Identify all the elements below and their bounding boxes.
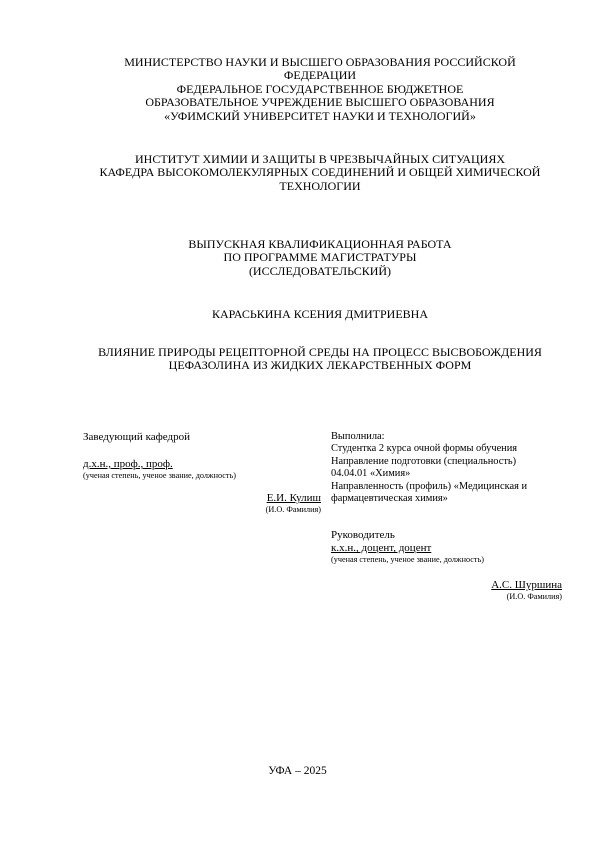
author-name: КАРАСЬКИНА КСЕНИЯ ДМИТРИЕВНА xyxy=(60,308,580,321)
supervisor-degree: к.х.н., доцент, доцент xyxy=(331,542,571,555)
institute-line: ТЕХНОЛОГИИ xyxy=(60,180,580,193)
performer-line: Направленность (профиль) «Медицинская и xyxy=(331,481,571,493)
head-of-department-name-note: (И.О. Фамилия) xyxy=(83,505,323,515)
work-type-line: (ИССЛЕДОВАТЕЛЬСКИЙ) xyxy=(60,265,580,278)
thesis-title: ВЛИЯНИЕ ПРИРОДЫ РЕЦЕПТОРНОЙ СРЕДЫ НА ПРО… xyxy=(60,346,580,373)
performer-label: Выполнила: xyxy=(331,431,571,443)
thesis-title-line: ВЛИЯНИЕ ПРИРОДЫ РЕЦЕПТОРНОЙ СРЕДЫ НА ПРО… xyxy=(60,346,580,359)
ministry-line: ОБРАЗОВАТЕЛЬНОЕ УЧРЕЖДЕНИЕ ВЫСШЕГО ОБРАЗ… xyxy=(60,96,580,109)
supervisor-label: Руководитель xyxy=(331,529,571,542)
supervisor-degree-note: (ученая степень, ученое звание, должност… xyxy=(331,555,571,565)
ministry-line: ФЕДЕРАЛЬНОЕ ГОСУДАРСТВЕННОЕ БЮДЖЕТНОЕ xyxy=(60,83,580,96)
institute-line: ИНСТИТУТ ХИМИИ И ЗАЩИТЫ В ЧРЕЗВЫЧАЙНЫХ С… xyxy=(60,153,580,166)
work-type: ВЫПУСКНАЯ КВАЛИФИКАЦИОННАЯ РАБОТА ПО ПРО… xyxy=(60,238,580,278)
ministry-line: ФЕДЕРАЦИИ xyxy=(60,69,580,82)
ministry-line: МИНИСТЕРСТВО НАУКИ И ВЫСШЕГО ОБРАЗОВАНИЯ… xyxy=(60,56,580,69)
ministry-header: МИНИСТЕРСТВО НАУКИ И ВЫСШЕГО ОБРАЗОВАНИЯ… xyxy=(60,56,580,123)
head-of-department-name: Е.И. Кулиш xyxy=(267,492,321,504)
head-of-department-label: Заведующий кафедрой xyxy=(83,431,323,444)
institute-header: ИНСТИТУТ ХИМИИ И ЗАЩИТЫ В ЧРЕЗВЫЧАЙНЫХ С… xyxy=(60,153,580,193)
document-page: МИНИСТЕРСТВО НАУКИ И ВЫСШЕГО ОБРАЗОВАНИЯ… xyxy=(0,0,595,841)
head-of-department-degree: д.х.н., проф., проф. xyxy=(83,458,323,471)
performer-block: Выполнила: Студентка 2 курса очной формы… xyxy=(331,431,571,602)
performer-line: Студентка 2 курса очной формы обучения xyxy=(331,443,571,455)
supervisor-name: А.С. Шуршина xyxy=(491,579,562,591)
performer-line: 04.04.01 «Химия» xyxy=(331,468,571,480)
author-name-text: КАРАСЬКИНА КСЕНИЯ ДМИТРИЕВНА xyxy=(60,308,580,321)
institute-line: КАФЕДРА ВЫСОКОМОЛЕКУЛЯРНЫХ СОЕДИНЕНИЙ И … xyxy=(60,166,580,179)
supervisor-name-note: (И.О. Фамилия) xyxy=(331,592,562,602)
city-year-footer: УФА – 2025 xyxy=(0,765,595,777)
head-of-department-block: Заведующий кафедрой д.х.н., проф., проф.… xyxy=(83,431,323,515)
performer-line: фармацевтическая химия» xyxy=(331,493,571,505)
thesis-title-line: ЦЕФАЗОЛИНА ИЗ ЖИДКИХ ЛЕКАРСТВЕННЫХ ФОРМ xyxy=(60,359,580,372)
work-type-line: ПО ПРОГРАММЕ МАГИСТРАТУРЫ xyxy=(60,251,580,264)
ministry-line: «УФИМСКИЙ УНИВЕРСИТЕТ НАУКИ И ТЕХНОЛОГИЙ… xyxy=(60,110,580,123)
performer-line: Направление подготовки (специальность) xyxy=(331,456,571,468)
head-of-department-degree-note: (ученая степень, ученое звание, должност… xyxy=(83,471,323,481)
work-type-line: ВЫПУСКНАЯ КВАЛИФИКАЦИОННАЯ РАБОТА xyxy=(60,238,580,251)
